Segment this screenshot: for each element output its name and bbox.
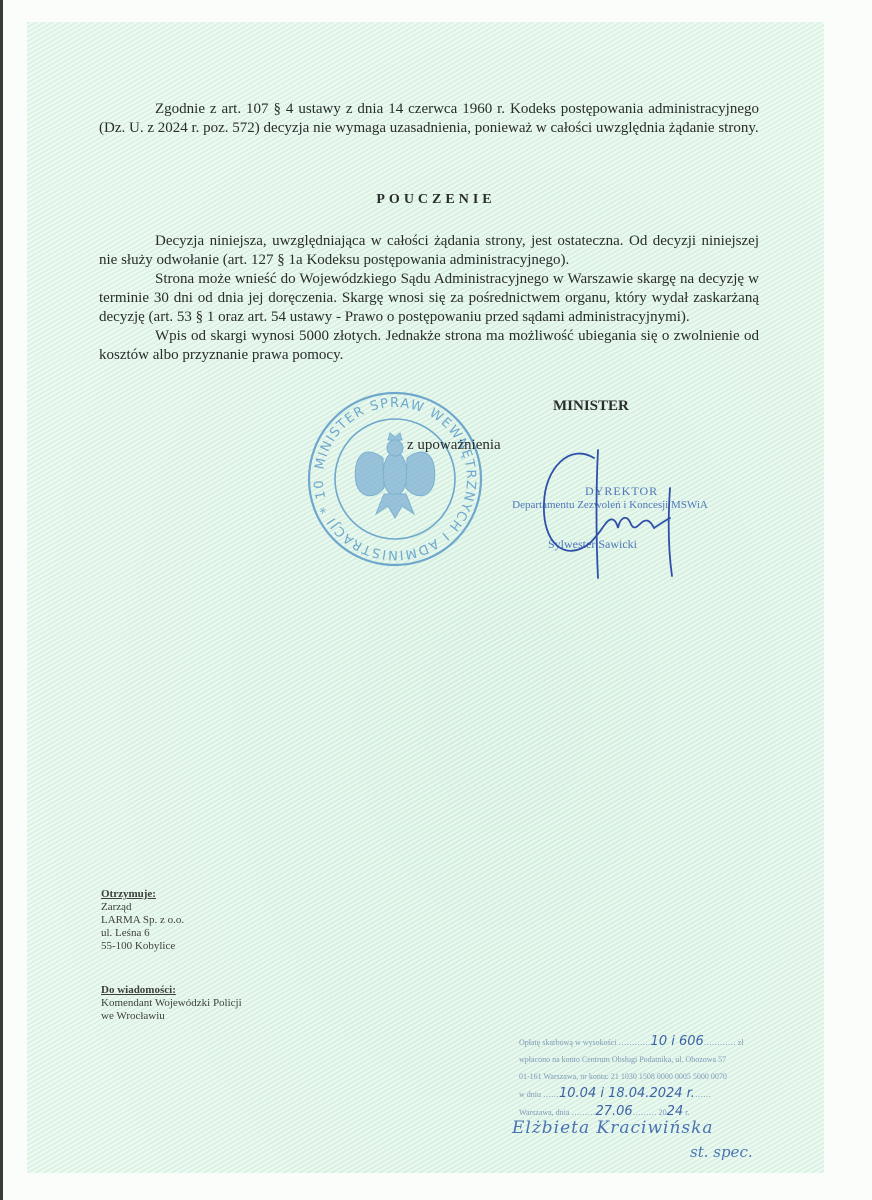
tax-year-end: r. (685, 1108, 689, 1117)
clerk-role: st. spec. (690, 1143, 753, 1161)
tax-row-account: wpłacono na konto Centrum Obsługi Podatn… (519, 1051, 779, 1068)
pouczenie-paragraph-2: Strona może wnieść do Wojewódzkiego Sądu… (99, 270, 759, 327)
recipients-block: Otrzymuje: Zarząd LARMA Sp. z o.o. ul. L… (101, 888, 184, 953)
recipient-line: 55-100 Kobylice (101, 940, 184, 953)
section-heading: POUCZENIE (0, 192, 872, 208)
notify-line: Komendant Wojewódzki Policji (101, 997, 242, 1010)
tax-row-paid-on: w dniu ……10.04 i 18.04.2024 r.…… (519, 1085, 779, 1103)
notify-line: we Wrocławiu (101, 1010, 242, 1023)
pouczenie-section: Decyzja niniejsza, uwzględniająca w cało… (99, 232, 759, 365)
authority-title: MINISTER (553, 398, 629, 415)
tax-paid-label: w dniu (519, 1090, 541, 1099)
tax-row-amount: Opłatę skarbową w wysokości …………10 i 606… (519, 1033, 779, 1051)
notify-block: Do wiadomości: Komendant Wojewódzki Poli… (101, 984, 242, 1023)
tax-year-prefix: 20 (659, 1108, 667, 1117)
tax-issue-date: 27.06 (595, 1104, 632, 1119)
clerk-signature: Elżbieta Kraciwińska (512, 1118, 714, 1138)
pouczenie-paragraph-3: Wpis od skargi wynosi 5000 złotych. Jedn… (99, 327, 759, 365)
tax-currency: zł (738, 1038, 744, 1047)
tax-label: Opłatę skarbową w wysokości (519, 1038, 617, 1047)
recipient-line: LARMA Sp. z o.o. (101, 914, 184, 927)
authorization-note: z upoważnienia (407, 437, 501, 454)
scan-edge (0, 0, 3, 1200)
intro-paragraph: Zgodnie z art. 107 § 4 ustawy z dnia 14 … (99, 100, 759, 138)
handwritten-signature-icon (520, 448, 700, 583)
tax-fee-stamp: Opłatę skarbową w wysokości …………10 i 606… (519, 1033, 779, 1121)
intro-text: Zgodnie z art. 107 § 4 ustawy z dnia 14 … (99, 100, 759, 138)
notify-heading: Do wiadomości: (101, 984, 242, 997)
recipient-line: Zarząd (101, 901, 184, 914)
official-stamp-icon: MINISTER SPRAW WEWNĘTRZNYCH I ADMINISTRA… (304, 388, 486, 570)
recipients-heading: Otrzymuje: (101, 888, 184, 901)
tax-row-account-number: 01-161 Warszawa, nr konta: 21 1030 1508 … (519, 1068, 779, 1085)
tax-year: 24 (667, 1104, 684, 1119)
tax-paid-dates: 10.04 i 18.04.2024 r. (559, 1086, 695, 1101)
tax-amount: 10 i 606 (651, 1034, 704, 1049)
recipient-line: ul. Leśna 6 (101, 927, 184, 940)
pouczenie-paragraph-1: Decyzja niniejsza, uwzględniająca w cało… (99, 232, 759, 270)
tax-issue-label: Warszawa, dnia (519, 1108, 569, 1117)
